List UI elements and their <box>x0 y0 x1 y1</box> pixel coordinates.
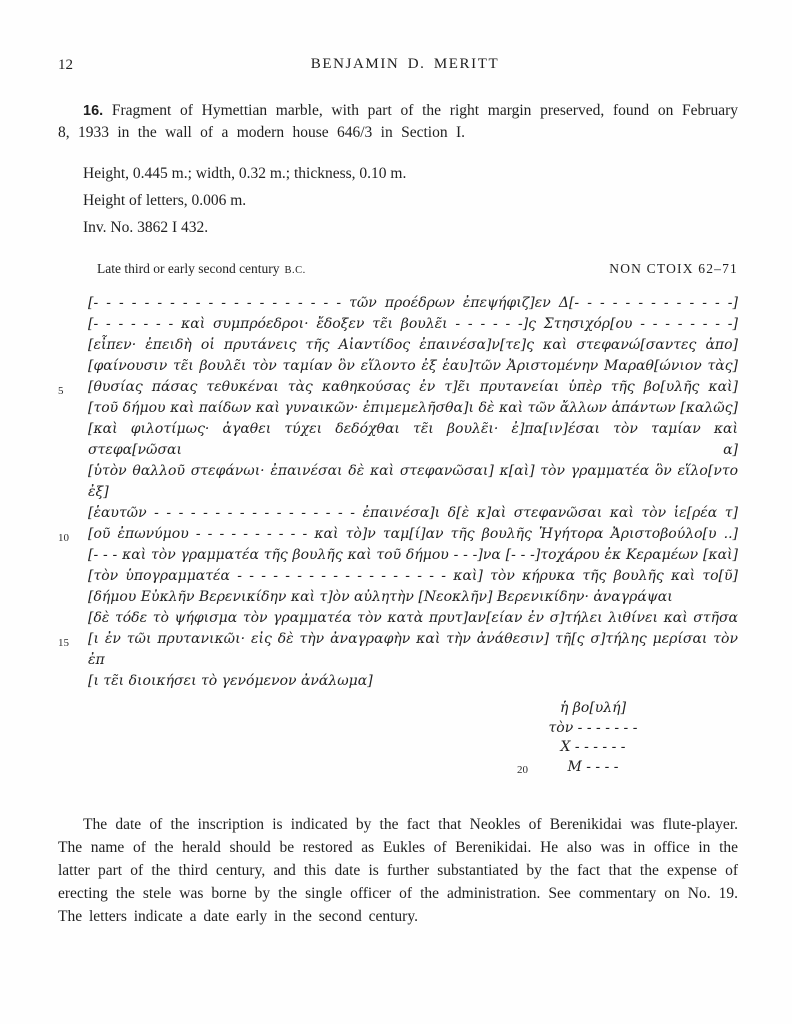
date-and-stoichedon-row: Late third or early second centuryB.C. N… <box>58 261 738 277</box>
entry-description-text: Fragment of Hymettian marble, with part … <box>58 102 738 141</box>
inscription-line: [δὲ τόδε τὸ ψήφισμα τὸν γραμματέα τὸν κα… <box>88 608 738 629</box>
inscription-line: [τοῦ δήμου καὶ παίδων καὶ γυναικῶν· ἐπιμ… <box>88 398 738 419</box>
closing-line-number: 20 <box>517 761 528 781</box>
inscription-line: [- - - - - - - καὶ συμπρόεδροι· ἔδοξεν τ… <box>88 314 738 335</box>
inscription-line: [ι τε̃ι διοικήσει τὸ γενόμενον ἀνάλωμα] <box>88 671 738 692</box>
closing-line-text: ἡ βο[υλή] <box>560 700 626 716</box>
measurement-line: Height, 0.445 m.; width, 0.32 m.; thickn… <box>83 160 738 187</box>
entry-number: 16. <box>83 103 103 119</box>
inscription-line-text: [ἑαυτῶν - - - - - - - - - - - - - - - - … <box>88 503 738 524</box>
greek-inscription-block: [- - - - - - - - - - - - - - - - - - - -… <box>88 293 738 692</box>
inscription-line-number: 15 <box>58 633 69 654</box>
closing-line: 20 Μ - - - - <box>473 758 713 778</box>
inscription-line: [καὶ φιλοτίμως· ἀγαθει τύχει δεδόχθαι τε… <box>88 419 738 461</box>
closing-line: Χ - - - - - - <box>473 738 713 758</box>
inscription-line: [ἑαυτῶν - - - - - - - - - - - - - - - - … <box>88 503 738 524</box>
inscription-line: 10 [οῦ ἐπωνύμου - - - - - - - - - - καὶ … <box>88 524 738 545</box>
inscription-line-text: [τοῦ δήμου καὶ παίδων καὶ γυναικῶν· ἐπιμ… <box>88 398 738 419</box>
inscription-line-text: [ι ἐν τῶι πρυτανικῶι· εἰς δὲ τὴν ἀναγραφ… <box>88 629 738 671</box>
inscription-line: [εἶπεν· ἐπειδὴ οἱ πρυτάνεις τῆς Αἰαντίδο… <box>88 335 738 356</box>
inscription-line: [- - - καὶ τὸν γραμματέα τῆς βουλῆς καὶ … <box>88 545 738 566</box>
inscription-line-text: [οῦ ἐπωνύμου - - - - - - - - - - καὶ τὸ]… <box>88 524 738 545</box>
closing-line-text: Μ - - - - <box>567 759 618 775</box>
inscription-line-text: [καὶ φιλοτίμως· ἀγαθει τύχει δεδόχθαι τε… <box>88 419 738 461</box>
measurements-block: Height, 0.445 m.; width, 0.32 m.; thickn… <box>83 160 738 241</box>
inscription-line-text: [θυσίας πάσας τεθυκέναι τὰς καθηκούσας ἐ… <box>88 377 738 398</box>
commentary-paragraph: The date of the inscription is indicated… <box>58 813 738 928</box>
era-label: B.C. <box>285 265 306 276</box>
inscription-line-text: [ὑτὸν θαλλοῦ στεφάνωι· ἐπαινέσαι δὲ καὶ … <box>88 461 738 503</box>
inscription-line-text: [δήμου Εὐκλῆν Βερενικίδην καὶ τ]ὸν αὐλητ… <box>88 587 738 608</box>
inscription-line-number: 10 <box>58 528 69 549</box>
date-label: Late third or early second centuryB.C. <box>97 261 306 277</box>
inscription-line: 5 [θυσίας πάσας τεθυκέναι τὰς καθηκούσας… <box>88 377 738 398</box>
inscription-line-text: [ι τε̃ι διοικήσει τὸ γενόμενον ἀνάλωμα] <box>88 671 738 692</box>
inscription-line-text: [- - - - - - - - - - - - - - - - - - - -… <box>88 293 738 314</box>
closing-line-text: Χ - - - - - - <box>560 739 625 755</box>
inscription-line-text: [φαίνουσιν τε̃ι βουλε̃ι τὸν ταμίαν ὃν εἵ… <box>88 356 738 377</box>
inscription-line: [φαίνουσιν τε̃ι βουλε̃ι τὸν ταμίαν ὃν εἵ… <box>88 356 738 377</box>
closing-line: τὸν - - - - - - - <box>473 719 713 739</box>
inscription-line: [δήμου Εὐκλῆν Βερενικίδην καὶ τ]ὸν αὐλητ… <box>88 587 738 608</box>
inscription-line: [- - - - - - - - - - - - - - - - - - - -… <box>88 293 738 314</box>
running-header: 12 BENJAMIN D. MERITT <box>58 56 738 76</box>
inscription-line-text: [εἶπεν· ἐπειδὴ οἱ πρυτάνεις τῆς Αἰαντίδο… <box>88 335 738 356</box>
inscription-line: 15 [ι ἐν τῶι πρυτανικῶι· εἰς δὲ τὴν ἀναγ… <box>88 629 738 671</box>
running-head-title: BENJAMIN D. MERITT <box>58 56 738 73</box>
inscription-line-text: [- - - καὶ τὸν γραμματέα τῆς βουλῆς καὶ … <box>88 545 738 566</box>
inscription-line-text: [δὲ τόδε τὸ ψήφισμα τὸν γραμματέα τὸν κα… <box>88 608 738 629</box>
closing-line-text: τὸν - - - - - - - <box>549 720 638 736</box>
inscription-line: [ὑτὸν θαλλοῦ στεφάνωι· ἐπαινέσαι δὲ καὶ … <box>88 461 738 503</box>
inscription-closing-column: ἡ βο[υλή] τὸν - - - - - - - Χ - - - - - … <box>473 699 713 777</box>
measurement-line: Inv. No. 3862 I 432. <box>83 214 738 241</box>
scanned-paper-page: 12 BENJAMIN D. MERITT 16. Fragment of Hy… <box>0 0 792 1024</box>
inscription-line-text: [- - - - - - - καὶ συμπρόεδροι· ἔδοξεν τ… <box>88 314 738 335</box>
inscription-line-text: [τὸν ὑπογραμματέα - - - - - - - - - - - … <box>88 566 738 587</box>
stoichedon-label: NON CTOIX 62–71 <box>609 261 738 277</box>
inscription-line: [τὸν ὑπογραμματέα - - - - - - - - - - - … <box>88 566 738 587</box>
measurement-line: Height of letters, 0.006 m. <box>83 187 738 214</box>
entry-description-paragraph: 16. Fragment of Hymettian marble, with p… <box>58 100 738 144</box>
closing-line: ἡ βο[υλή] <box>473 699 713 719</box>
inscription-line-number: 5 <box>58 381 64 402</box>
